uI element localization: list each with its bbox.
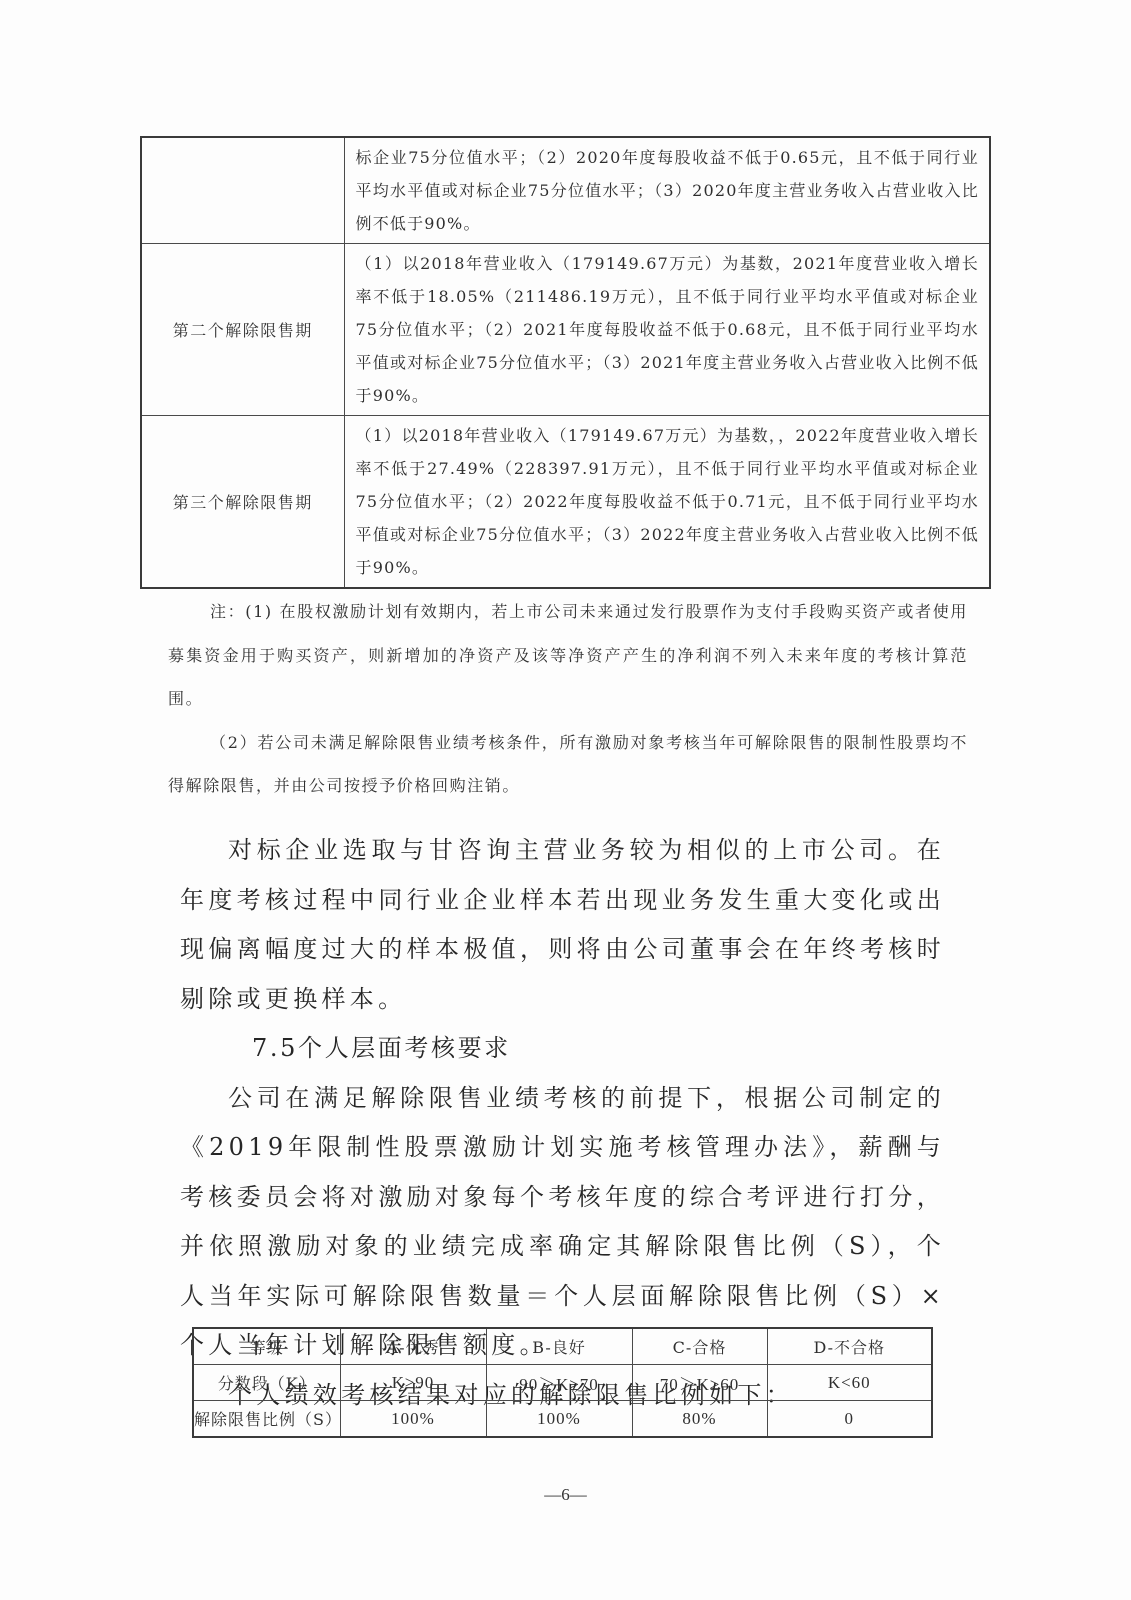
note-1: 注：(1) 在股权激励计划有效期内，若上市公司未来通过发行股票作为支付手段购买资… [168, 590, 968, 721]
criteria-text-cell: 标企业75分位值水平；（2）2020年度每股收益不低于0.65元，且不低于同行业… [344, 137, 990, 244]
header-cell: D-不合格 [767, 1328, 932, 1365]
period-label-cell [141, 137, 344, 244]
table-header-row: 等级 A-优秀 B-良好 C-合格 D-不合格 [193, 1328, 932, 1365]
table-row: 第二个解除限售期 （1）以2018年营业收入（179149.67万元）为基数，2… [141, 244, 990, 416]
note-2: （2）若公司未满足解除限售业绩考核条件，所有激励对象考核当年可解除限售的限制性股… [168, 721, 968, 808]
grade-ratio-table: 等级 A-优秀 B-良好 C-合格 D-不合格 分数段（K） K≥90 90＞K… [192, 1327, 933, 1438]
section-heading: 7.5个人层面考核要求 [180, 1024, 945, 1074]
period-label-cell: 第三个解除限售期 [141, 416, 344, 589]
table-cell: 0 [767, 1401, 932, 1438]
table-row: 解除限售比例（S） 100% 100% 80% 0 [193, 1401, 932, 1438]
page-number: —6— [0, 1485, 1131, 1505]
table-cell: 80% [632, 1401, 767, 1438]
performance-criteria-table: 标企业75分位值水平；（2）2020年度每股收益不低于0.65元，且不低于同行业… [140, 136, 991, 589]
individual-assessment-paragraph: 公司在满足解除限售业绩考核的前提下，根据公司制定的《2019年限制性股票激励计划… [180, 1074, 945, 1371]
header-cell: B-良好 [486, 1328, 632, 1365]
criteria-text-cell: （1）以2018年营业收入（179149.67万元）为基数，，2022年度营业收… [344, 416, 990, 589]
table-row: 标企业75分位值水平；（2）2020年度每股收益不低于0.65元，且不低于同行业… [141, 137, 990, 244]
header-cell: A-优秀 [340, 1328, 486, 1365]
table-row: 分数段（K） K≥90 90＞K≥70 70＞K≥60 K<60 [193, 1365, 932, 1401]
table-cell: K≥90 [340, 1365, 486, 1401]
criteria-text-cell: （1）以2018年营业收入（179149.67万元）为基数，2021年度营业收入… [344, 244, 990, 416]
table-notes: 注：(1) 在股权激励计划有效期内，若上市公司未来通过发行股票作为支付手段购买资… [168, 590, 968, 808]
header-cell: 等级 [193, 1328, 340, 1365]
document-page: 标企业75分位值水平；（2）2020年度每股收益不低于0.65元，且不低于同行业… [0, 0, 1131, 1600]
table-cell: K<60 [767, 1365, 932, 1401]
period-label-cell: 第二个解除限售期 [141, 244, 344, 416]
table-cell: 70＞K≥60 [632, 1365, 767, 1401]
table-cell: 90＞K≥70 [486, 1365, 632, 1401]
table-cell: 100% [486, 1401, 632, 1438]
header-cell: C-合格 [632, 1328, 767, 1365]
row-label-cell: 分数段（K） [193, 1365, 340, 1401]
benchmark-paragraph: 对标企业选取与甘咨询主营业务较为相似的上市公司。在年度考核过程中同行业企业样本若… [180, 826, 945, 1024]
table-cell: 100% [340, 1401, 486, 1438]
row-label-cell: 解除限售比例（S） [193, 1401, 340, 1438]
table-row: 第三个解除限售期 （1）以2018年营业收入（179149.67万元）为基数，，… [141, 416, 990, 589]
